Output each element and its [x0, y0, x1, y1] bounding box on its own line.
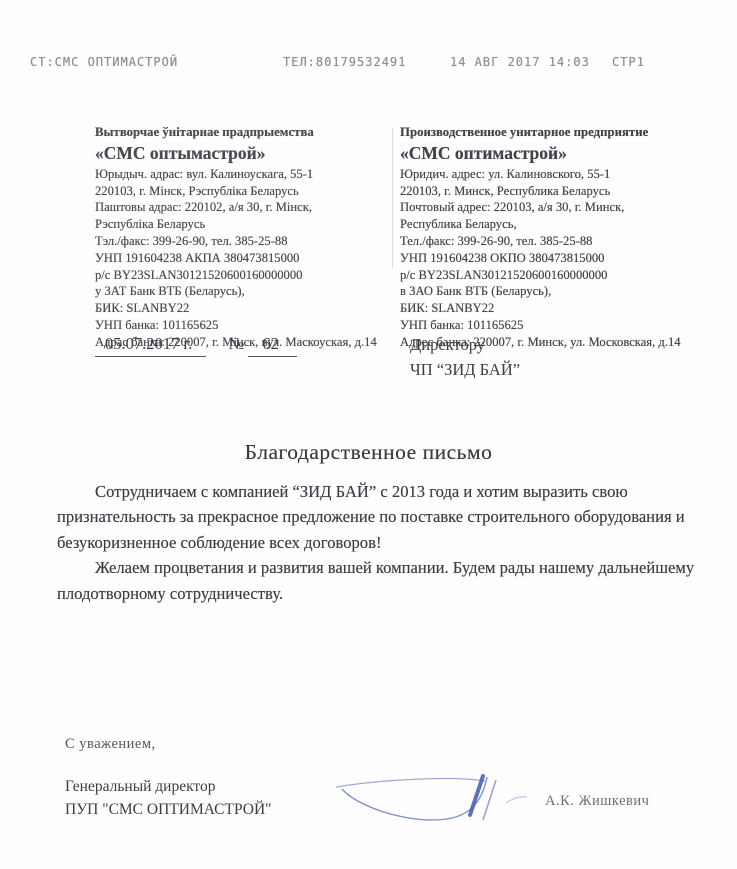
org-detail-line: р/с BY23SLAN30121520600160000000	[95, 267, 395, 284]
org-name-russian: «СМС оптимастрой»	[400, 142, 730, 164]
org-type-russian: Производственное унитарное предприятие	[400, 124, 730, 141]
letter-title: Благодарственное письмо	[0, 440, 737, 465]
number-sign: №	[229, 334, 245, 354]
org-type-belarusian: Вытворчае ўнітарнае прадпрыемства	[95, 124, 395, 141]
fax-datetime-text: 14 АВГ 2017 14:03	[450, 55, 590, 69]
org-detail-line: УНП 191604238 АКПА 380473815000	[95, 250, 395, 267]
closing-salutation: С уважением,	[65, 736, 156, 753]
org-detail-line: 220103, г. Мінск, Рэспубліка Беларусь	[95, 183, 395, 200]
body-paragraph-1: Сотрудничаем с компанией “ЗИД БАЙ” с 201…	[57, 479, 709, 555]
reference-line: 05.07.2017 г. № 62	[95, 334, 297, 357]
addressee-block: Директору ЧП “ЗИД БАЙ”	[410, 332, 520, 382]
org-detail-line: Рэспубліка Беларусь	[95, 216, 395, 233]
org-detail-line: Паштовы адрас: 220102, а/я 30, г. Мінск,	[95, 199, 395, 216]
fax-tel-text: ТЕЛ:80179532491	[283, 55, 406, 69]
letterhead-right-column: Производственное унитарное предприятие «…	[400, 124, 730, 351]
org-detail-line: Юрыдыч. адрас: вул. Калиноускага, 55-1	[95, 166, 395, 183]
scanned-letter-page: СТ:СМС ОПТИМАСТРОЙ ТЕЛ:80179532491 14 АВ…	[0, 0, 737, 869]
handwritten-signature-image	[330, 770, 530, 830]
org-detail-line: БИК: SLANBY22	[400, 300, 730, 317]
org-detail-line: Тел./факс: 399-26-90, тел. 385-25-88	[400, 233, 730, 250]
signer-block: Генеральный директор ПУП "СМС ОПТИМАСТРО…	[65, 776, 271, 821]
body-paragraph-2: Желаем процветания и развития вашей комп…	[57, 555, 709, 606]
reference-number: 62	[248, 334, 297, 357]
org-detail-line: УНП банка: 101165625	[95, 317, 395, 334]
org-detail-line: БИК: SLANBY22	[95, 300, 395, 317]
org-detail-line: 220103, г. Минск, Республика Беларусь	[400, 183, 730, 200]
reference-date: 05.07.2017 г.	[95, 334, 206, 357]
org-detail-line: Юридич. адрес: ул. Калиновского, 55-1	[400, 166, 730, 183]
fax-page-text: СТР1	[612, 55, 645, 69]
fax-station-text: СТ:СМС ОПТИМАСТРОЙ	[30, 55, 178, 69]
signer-position: Генеральный директор	[65, 776, 271, 799]
signer-company: ПУП "СМС ОПТИМАСТРОЙ"	[65, 799, 271, 822]
org-detail-line: УНП 191604238 ОКПО 380473815000	[400, 250, 730, 267]
org-name-belarusian: «СМС оптымастрой»	[95, 142, 395, 164]
org-detail-line: в ЗАО Банк ВТБ (Беларусь),	[400, 283, 730, 300]
signer-name: А.К. Жишкевич	[545, 793, 649, 810]
addressee-role: Директору	[410, 332, 520, 357]
org-detail-line: Республика Беларусь,	[400, 216, 730, 233]
letterhead-left-column: Вытворчае ўнітарнае прадпрыемства «СМС о…	[95, 124, 395, 351]
org-detail-line: р/с BY23SLAN30121520600160000000	[400, 267, 730, 284]
org-detail-line: у ЗАТ Банк ВТБ (Беларусь),	[95, 283, 395, 300]
org-detail-line: Почтовый адрес: 220103, а/я 30, г. Минск…	[400, 199, 730, 216]
addressee-company: ЧП “ЗИД БАЙ”	[410, 357, 520, 382]
letter-body: Сотрудничаем с компанией “ЗИД БАЙ” с 201…	[57, 479, 709, 606]
org-detail-line: Тэл./факс: 399-26-90, тел. 385-25-88	[95, 233, 395, 250]
